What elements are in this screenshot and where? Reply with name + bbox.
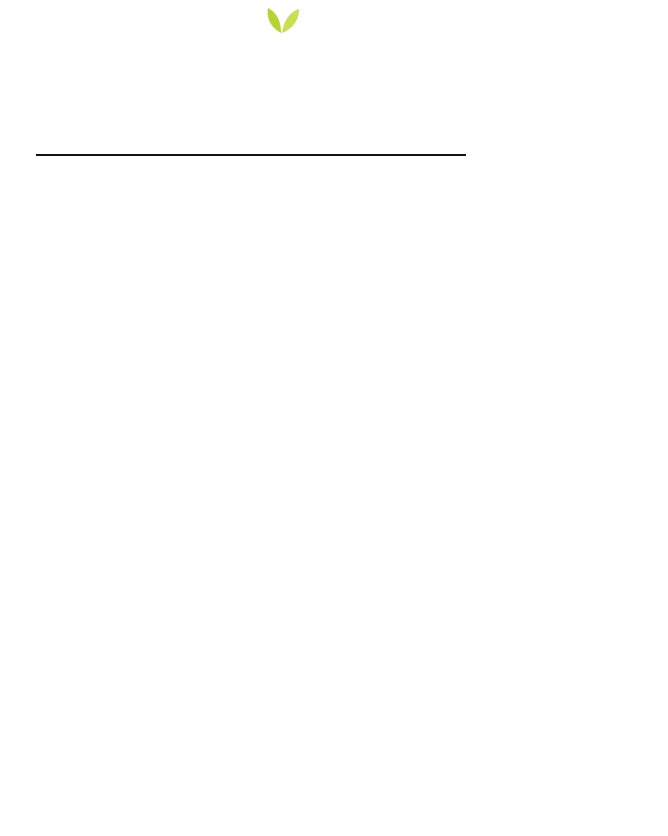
recipient-line <box>44 76 57 94</box>
letterhead-logo <box>112 6 512 64</box>
leaf-icon <box>262 6 300 34</box>
subject-divider-aa <box>36 154 466 156</box>
subject-line <box>44 131 57 149</box>
